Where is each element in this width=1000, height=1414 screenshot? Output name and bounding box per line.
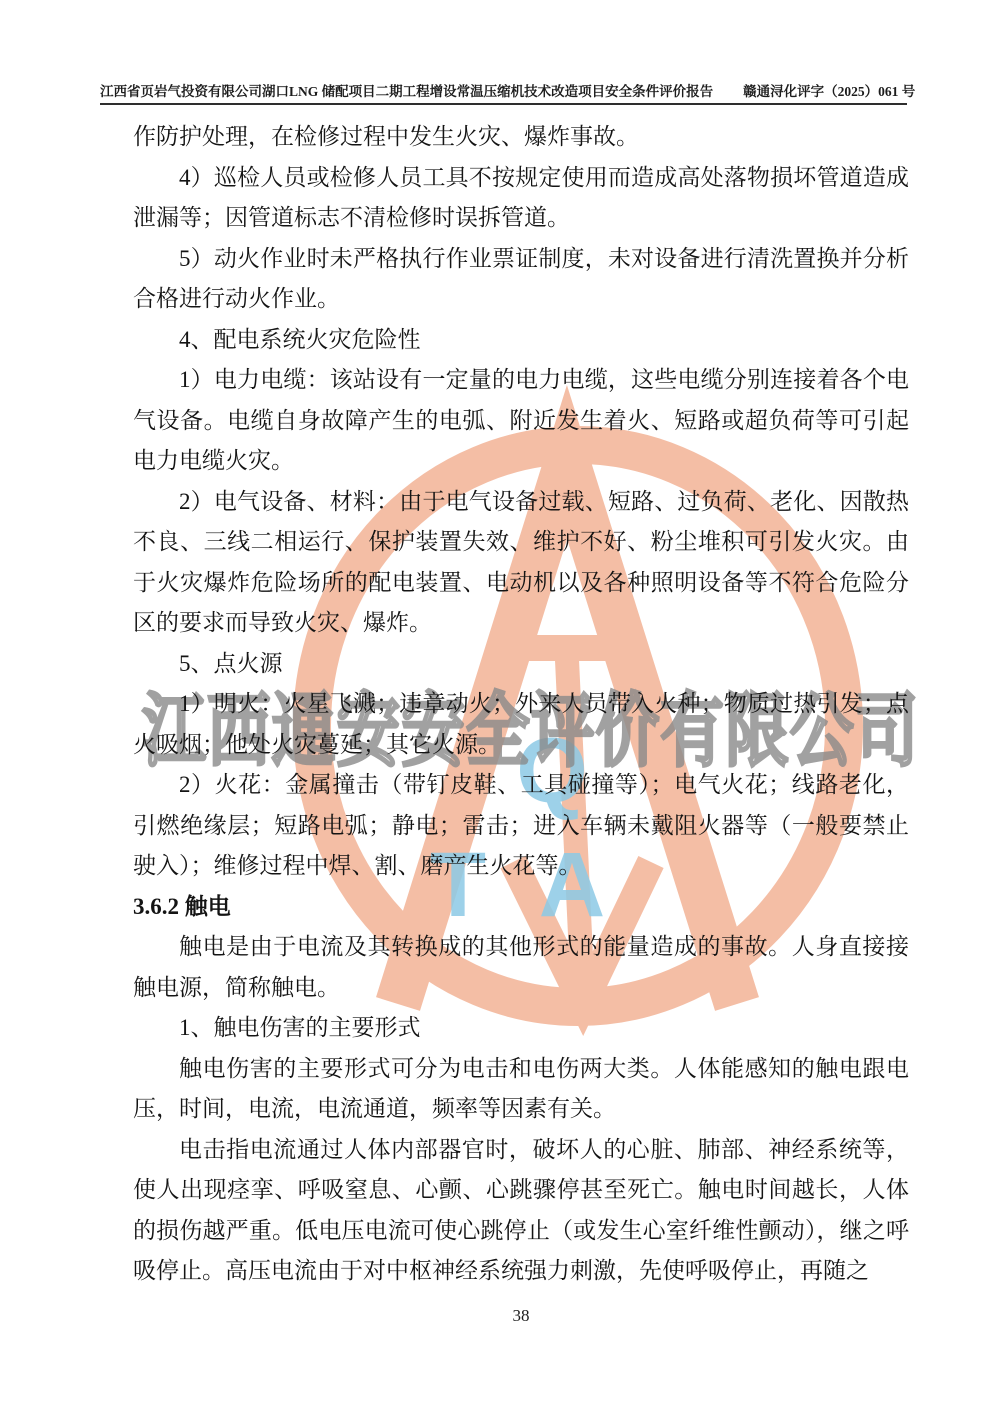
paragraph-continuation: 作防护处理，在检修过程中发生火灾、爆炸事故。 <box>133 117 909 158</box>
paragraph-electrical-equipment: 2）电气设备、材料：由于电气设备过载、短路、过负荷、老化、因散热不良、三线二相运… <box>133 482 909 644</box>
page-header: 江西省页岩气投资有限公司湖口LNG 储配项目二期工程增设常温压缩机技术改造项目安… <box>100 80 907 105</box>
paragraph-shock-injury-types: 触电伤害的主要形式可分为电击和电伤两大类。人体能感知的触电跟电压，时间，电流，电… <box>133 1049 909 1130</box>
page-number: 38 <box>133 1306 909 1326</box>
header-report-title: 江西省页岩气投资有限公司湖口LNG 储配项目二期工程增设常温压缩机技术改造项目安… <box>100 80 713 100</box>
subheading-shock-injury-forms: 1、触电伤害的主要形式 <box>133 1008 909 1049</box>
paragraph-shock-definition: 触电是由于电流及其转换成的其他形式的能量造成的事故。人身直接接触电源，简称触电。 <box>133 927 909 1008</box>
document-body: 作防护处理，在检修过程中发生火灾、爆炸事故。 4）巡检人员或检修人员工具不按规定… <box>133 117 909 1292</box>
header-doc-number: 赣通浔化评字（2025）061 号 <box>743 80 915 100</box>
paragraph-electric-shock-effects: 电击指电流通过人体内部器官时，破坏人的心脏、肺部、神经系统等，使人出现痉挛、呼吸… <box>133 1130 909 1292</box>
document-page: Q T A 江西通安安全评价有限公司 江西省页岩气投资有限公司湖口LNG 储配项… <box>0 0 1000 1414</box>
heading-3-6-2-electric-shock: 3.6.2 触电 <box>133 887 909 928</box>
paragraph-item-5-hotwork: 5）动火作业时未严格执行作业票证制度，未对设备进行清洗置换并分析合格进行动火作业… <box>133 239 909 320</box>
subheading-ignition-sources: 5、点火源 <box>133 644 909 685</box>
paragraph-sparks: 2）火花：金属撞击（带钉皮鞋、工具碰撞等）；电气火花；线路老化，引燃绝缘层；短路… <box>133 765 909 887</box>
paragraph-power-cables: 1）电力电缆：该站设有一定量的电力电缆，这些电缆分别连接着各个电气设备。电缆自身… <box>133 360 909 482</box>
paragraph-item-4-pipes: 4）巡检人员或检修人员工具不按规定使用而造成高处落物损坏管道造成泄漏等；因管道标… <box>133 158 909 239</box>
subheading-power-distribution-fire-risk: 4、配电系统火灾危险性 <box>133 320 909 361</box>
paragraph-open-flame: 1）明火：火星飞溅；违章动火；外来人员带入火种；物质过热引发；点火吸烟；他处火灾… <box>133 684 909 765</box>
